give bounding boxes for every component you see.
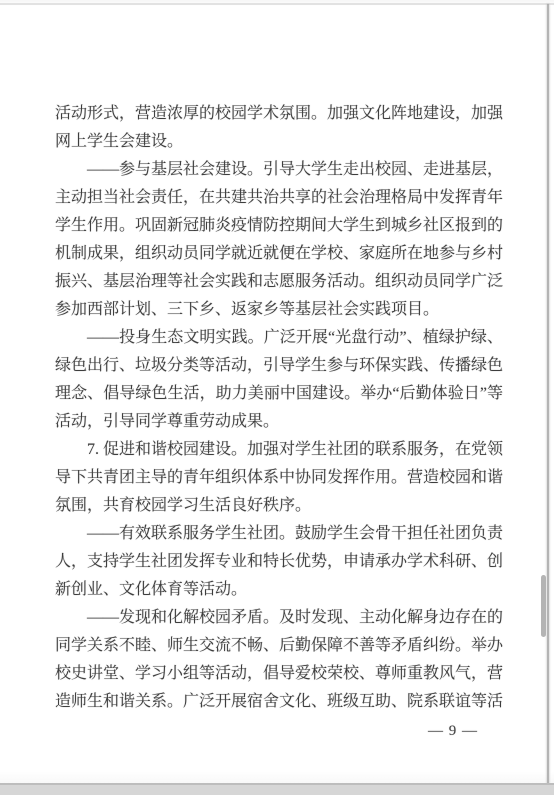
document-body-text: 活动形式，营造浓厚的校园学术氛围。加强文化阵地建设，加强网上学生会建设。 ——参… — [55, 100, 503, 745]
paragraph-ecological-civilization: ——投身生态文明实践。广泛开展“光盘行动”、植绿护绿、绿色出行、垃圾分类等活动，… — [55, 324, 503, 436]
scanned-document-view: { "page": { "page_number": "— 9 —", "col… — [0, 0, 554, 795]
scrollbar-thumb[interactable] — [541, 575, 546, 637]
scan-top-edge-line — [0, 3, 554, 5]
scan-right-edge-line — [547, 4, 549, 785]
scan-bottom-edge-shadow — [0, 783, 554, 795]
paragraph-student-clubs: ——有效联系服务学生社团。鼓励学生会骨干担任社团负责人，支持学生社团发挥专业和特… — [55, 520, 503, 604]
paragraph-resolve-campus-conflicts: ——发现和化解校园矛盾。及时发现、主动化解身边存在的同学关系不睦、师生交流不畅、… — [55, 604, 503, 716]
page-number: — 9 — — [55, 717, 503, 745]
paragraph-grassroots-society: ——参与基层社会建设。引导大学生走出校园、走进基层，主动担当社会责任，在共建共治… — [55, 156, 503, 324]
paragraph-continuation: 活动形式，营造浓厚的校园学术氛围。加强文化阵地建设，加强网上学生会建设。 — [55, 100, 503, 156]
scrollbar-track[interactable] — [541, 0, 547, 785]
document-page: 活动形式，营造浓厚的校园学术氛围。加强文化阵地建设，加强网上学生会建设。 ——参… — [0, 0, 554, 795]
paragraph-item-7-harmonious-campus: 7. 促进和谐校园建设。加强对学生社团的联系服务，在党领导下共青团主导的青年组织… — [55, 436, 503, 520]
